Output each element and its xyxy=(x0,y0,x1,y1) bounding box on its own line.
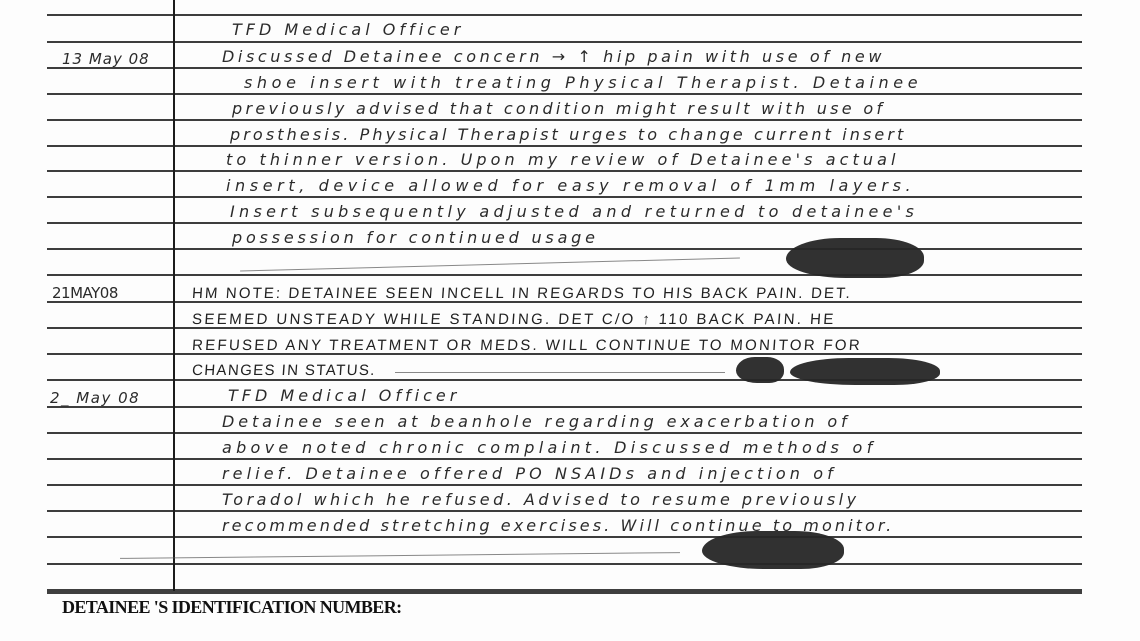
ruled-line xyxy=(47,145,1082,147)
entry-line: relief. Detainee offered PO NSAIDs and i… xyxy=(222,465,837,483)
entry-closing-stroke xyxy=(240,257,740,271)
entry-line: insert, device allowed for easy removal … xyxy=(226,177,915,195)
ruled-line xyxy=(47,563,1082,565)
entry-line: previously advised that condition might … xyxy=(232,100,885,118)
ruled-line xyxy=(47,170,1082,172)
ruled-line xyxy=(47,274,1082,276)
detainee-id-label: DETAINEE 'S IDENTIFICATION NUMBER: xyxy=(62,597,402,618)
entry-line: SEEMED UNSTEADY WHILE STANDING. DET C/O … xyxy=(191,311,836,329)
entry-line: Insert subsequently adjusted and returne… xyxy=(230,203,918,221)
redaction-block xyxy=(702,531,844,569)
entry-line: Toradol which he refused. Advised to res… xyxy=(222,491,860,509)
ruled-line xyxy=(47,67,1082,69)
entry-line: CHANGES IN STATUS. xyxy=(191,362,376,380)
ruled-line-bottom xyxy=(47,589,1082,594)
redaction-block xyxy=(790,358,940,385)
medical-record-page: TFD Medical Officer 13 May 08 Discussed … xyxy=(0,0,1140,641)
ruled-line xyxy=(47,458,1082,460)
ruled-line xyxy=(47,484,1082,486)
date-column-divider xyxy=(173,0,175,591)
ruled-line xyxy=(47,248,1082,250)
entry-line: Discussed Detainee concern → ↑ hip pain … xyxy=(222,48,885,66)
entry-line: shoe insert with treating Physical Thera… xyxy=(244,74,922,92)
redaction-block xyxy=(786,238,924,278)
ruled-line xyxy=(47,93,1082,95)
ruled-line xyxy=(47,222,1082,224)
entry-line: TFD Medical Officer xyxy=(228,387,460,405)
ruled-line xyxy=(47,14,1082,16)
ruled-line xyxy=(47,510,1082,512)
entry-line: HM NOTE: DETAINEE SEEN INCELL IN REGARDS… xyxy=(191,285,852,303)
entry-line: above noted chronic complaint. Discussed… xyxy=(222,439,877,457)
entry-line: possession for continued usage xyxy=(232,229,599,247)
ruled-line xyxy=(47,41,1082,43)
ruled-line xyxy=(47,406,1082,408)
entry-line: to thinner version. Upon my review of De… xyxy=(226,151,900,169)
entry-closing-stroke xyxy=(120,552,680,559)
entry-line: prosthesis. Physical Therapist urges to … xyxy=(230,126,906,144)
entry-date: 2_ May 08 xyxy=(50,389,140,407)
ruled-line xyxy=(47,432,1082,434)
entry-date: 21MAY08 xyxy=(52,284,118,302)
redaction-block xyxy=(736,357,784,383)
entry-line: Detainee seen at beanhole regarding exac… xyxy=(222,413,851,431)
entry-line: REFUSED ANY TREATMENT OR MEDS. WILL CONT… xyxy=(191,337,862,355)
ruled-line xyxy=(47,119,1082,121)
entry-closing-stroke xyxy=(395,372,725,373)
entry-header-text: TFD Medical Officer xyxy=(232,21,464,39)
entry-date: 13 May 08 xyxy=(62,50,150,68)
ruled-line xyxy=(47,196,1082,198)
ruled-line xyxy=(47,536,1082,538)
